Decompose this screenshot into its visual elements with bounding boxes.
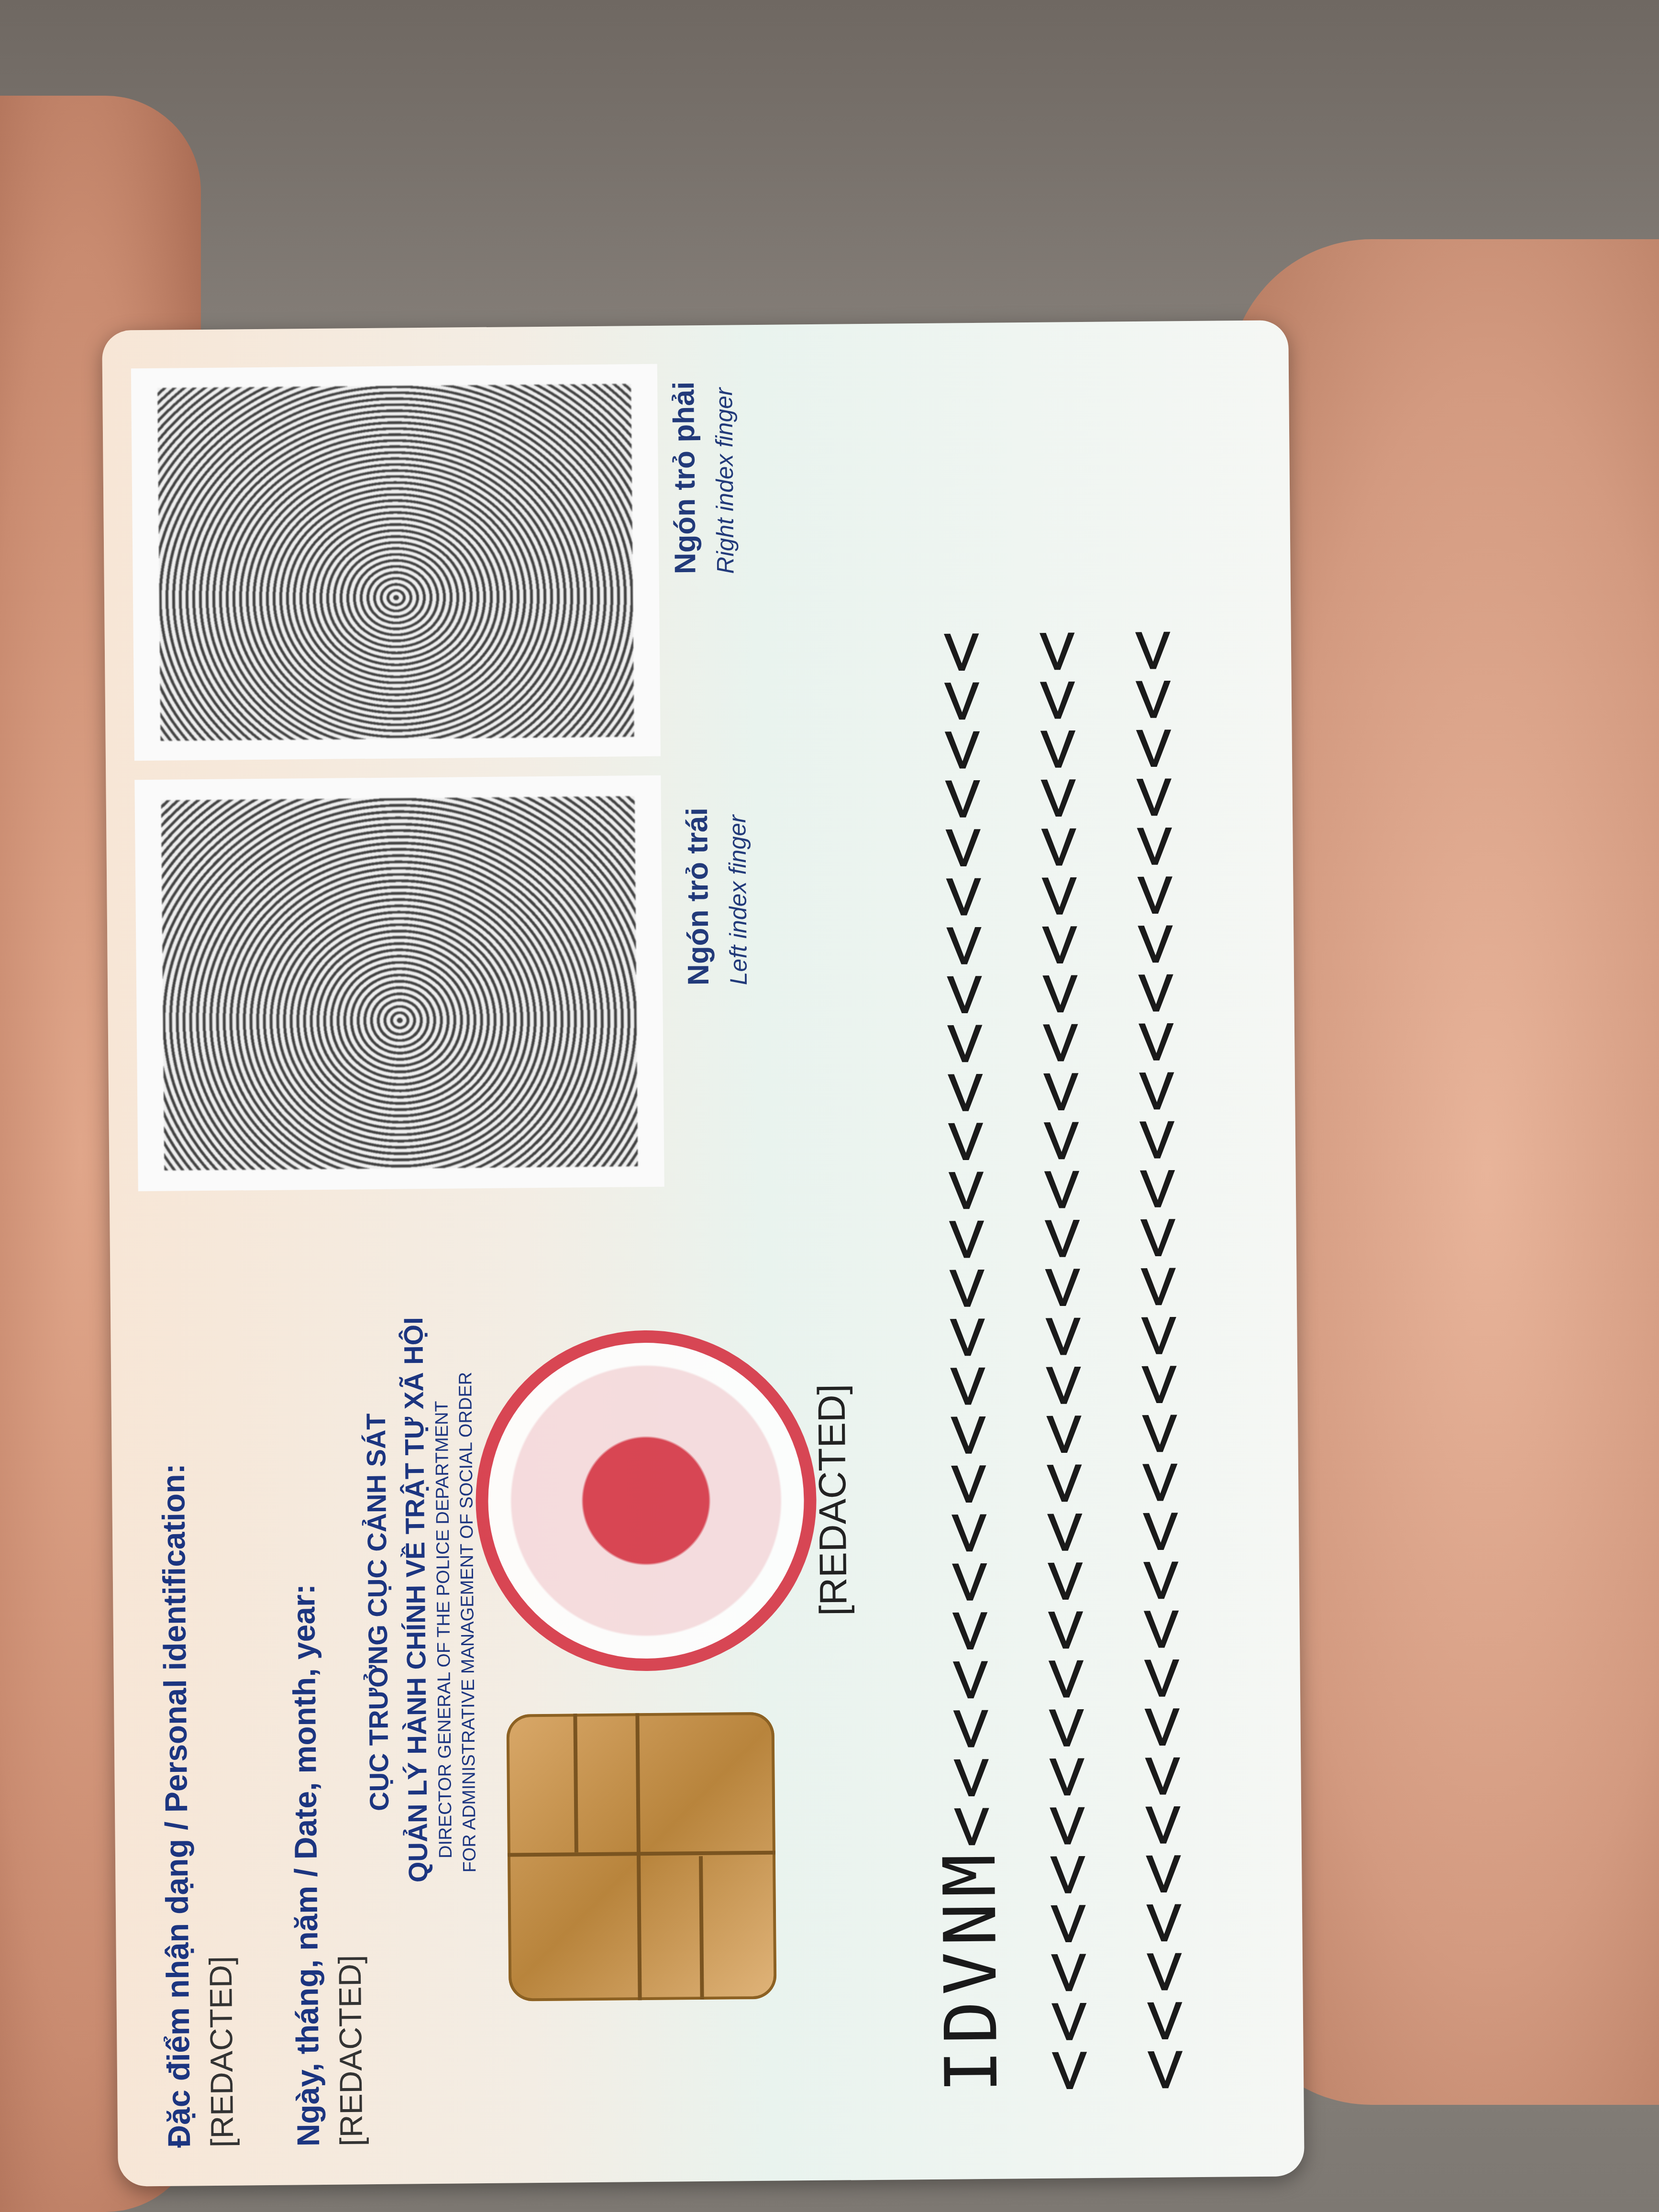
authority-title-line2: QUẢN LÝ HÀNH CHÍNH VỀ TRẬT TỰ XÃ HỘI	[398, 1317, 433, 1883]
authority-title-line4: FOR ADMINISTRATIVE MANAGEMENT OF SOCIAL …	[455, 1372, 480, 1873]
left-finger-caption-vi: Ngón trỏ trái	[680, 807, 716, 986]
fingerprint-image	[157, 384, 634, 741]
right-finger-caption-vi: Ngón trỏ phải	[667, 381, 703, 575]
signer-name: [REDACTED]	[809, 1384, 855, 1616]
fingerprint-image	[161, 796, 638, 1171]
authority-title-line1: CỤC TRƯỞNG CỤC CẢNH SÁT	[360, 1413, 395, 1811]
left-index-fingerprint-box	[134, 775, 664, 1192]
identification-label: Đặc điểm nhận dạng / Personal identifica…	[155, 1463, 197, 2148]
right-finger-caption-en: Right index finger	[710, 387, 739, 574]
smart-card-chip	[506, 1712, 776, 2002]
identification-value: [REDACTED]	[202, 1956, 240, 2147]
mrz-line-1: IDVNM<<<<<<<<<<<<<<<<<<<<<<<<<	[918, 624, 1014, 2093]
left-finger-caption-en: Left index finger	[723, 815, 752, 985]
issue-date-value: [REDACTED]	[332, 1955, 369, 2146]
mrz-line-2: <<<<<<<<<<<<<<<<<<<<<<<<<<<<<<	[1014, 624, 1110, 2093]
issue-date-label: Ngày, tháng, năm / Date, month, year:	[285, 1584, 326, 2147]
official-seal	[474, 1329, 818, 1672]
mrz-line-3: <<<<<<<<<<<<<<<<<<<<<<<<<<<<<<	[1109, 623, 1206, 2092]
id-card-back: Ngón trỏ phải Right index finger Ngón tr…	[102, 320, 1305, 2186]
right-index-fingerprint-box	[131, 364, 661, 761]
authority-title-line3: DIRECTOR GENERAL OF THE POLICE DEPARTMEN…	[432, 1401, 456, 1858]
